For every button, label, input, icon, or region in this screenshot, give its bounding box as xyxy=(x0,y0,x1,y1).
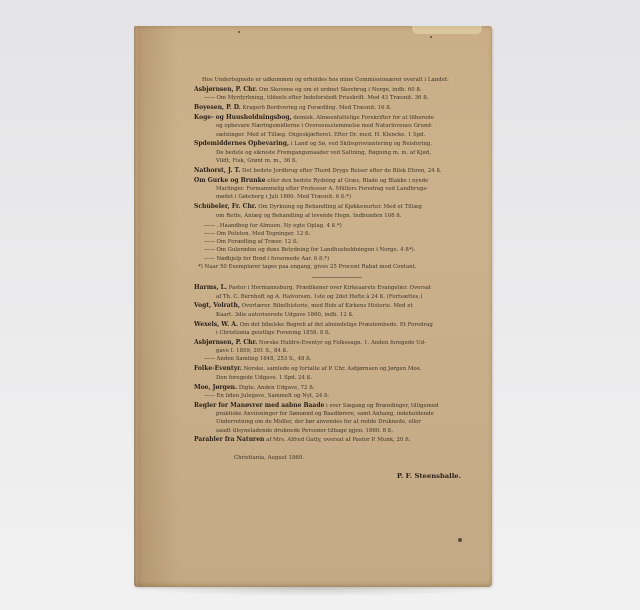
entry-line: Wexels, W. A. Om det bibelske Begreb af … xyxy=(194,321,479,329)
catalog-entry: Moe, Jørgen. Digte. Anden Udgave, 72 ß.—… xyxy=(194,384,479,401)
entry-line: saadt tilsyneladende druknede Personer t… xyxy=(194,427,479,435)
entry-line: af Th. C. Bernhoft og A. Halvorsen. 1ste… xyxy=(194,293,479,301)
entry-line: Harms, L. Pastor i Hermannsburg. Prædike… xyxy=(194,284,479,292)
entry-line: —— Om Gulerøden og dens Betydning for La… xyxy=(194,246,479,254)
entry-text: De bedste og sikreste Fremgangsmaader ve… xyxy=(216,150,431,156)
signature: P. F. Steensballe. xyxy=(194,472,479,480)
entry-line: Kaart. 3die autoriserede Udgave 1860, in… xyxy=(194,311,479,319)
paper-speck xyxy=(430,36,432,38)
entry-text: Norske Huldre-Eventyr og Folkesagn. 1. A… xyxy=(257,340,426,346)
intro-line: Hos Undertegnede er udkommen og erholdes… xyxy=(194,76,479,84)
entry-text: mødet i Gøteborg i Juli 1860. Med Træsni… xyxy=(216,194,351,200)
catalog-entry: Asbjørnsen, P. Chr. Om Skovene og om et … xyxy=(194,86,479,103)
entry-line: Den foregede Udgave. 1 Spd. 24 ß. xyxy=(194,374,479,382)
entry-text: Om Poteten. Med Tegninger. 12 ß. xyxy=(217,231,311,237)
entry-line: Parabler fra Naturen af Mrs. Alfred Gatt… xyxy=(194,436,479,444)
entry-line: —— En liden Julegave, Sammelt og Nyt, 24… xyxy=(194,392,479,400)
catalog-section-1: Asbjørnsen, P. Chr. Om Skovene og om et … xyxy=(194,86,479,263)
entry-line: om Rette, Anlæg og Behandling af levende… xyxy=(194,212,479,220)
entry-line: Underretning om de Midler, der bør anven… xyxy=(194,418,479,426)
entry-text: af Th. C. Bernhoft og A. Halvorsen. 1ste… xyxy=(216,294,422,300)
entry-author: Om Gurke og Brunke xyxy=(194,177,266,184)
entry-line: Vogt, Volrath, Overlærer. Bibelhistorie,… xyxy=(194,302,479,310)
entry-line: De bedste og sikreste Fremgangsmaader ve… xyxy=(194,149,479,157)
catalog-entry: Harms, L. Pastor i Hermannsburg. Prædike… xyxy=(194,284,479,301)
entry-line: —— . Haandbog for Almuen. Ny egte Oplag.… xyxy=(194,222,479,230)
entry-text: Den foregede Udgave. 1 Spd. 24 ß. xyxy=(216,375,312,381)
entry-line: Asbjørnsen, P. Chr. Om Skovene og om et … xyxy=(194,86,479,94)
entry-author: Boyesen, P. D. xyxy=(194,104,241,111)
entry-text: sætninger. Med et Tillæg. Oxgeskjæfteret… xyxy=(216,132,425,138)
entry-line: Om Gurke og Brunke eller den bedste Rydn… xyxy=(194,177,479,185)
entry-text: eller den bedste Rydning af Græs, Blade … xyxy=(266,178,429,184)
entry-author: Asbjørnsen, P. Chr. xyxy=(194,86,257,93)
entry-text: demisk. Almeenfattelige Forskrifter for … xyxy=(292,115,434,121)
entry-text: i Christiania geistlige Forening 1858. 8… xyxy=(216,330,330,336)
entry-line: gave I. 1859, 291 S., 84 ß. xyxy=(194,347,479,355)
entry-text: Marlinger. Formammelig efter Professor A… xyxy=(216,186,428,192)
entry-author: Folke-Eventyr. xyxy=(194,365,242,372)
catalog-entry: Boyesen, P. D. Kragerö Bordvering og For… xyxy=(194,104,479,112)
entry-author: Asbjørnsen, P. Chr. xyxy=(194,339,257,346)
entry-text: Kragerö Bordvering og Forædling. Med Træ… xyxy=(241,105,392,111)
section-divider xyxy=(312,277,362,278)
paper-speck xyxy=(238,31,240,33)
entry-text: af Mrs. Alfred Gatty, oversat af Pastor … xyxy=(264,437,410,443)
entry-line: Asbjørnsen, P. Chr. Norske Huldre-Eventy… xyxy=(194,339,479,347)
entry-line: Nathorst, J. T. Det bedste Jordbrug efte… xyxy=(194,167,479,175)
paper-stain xyxy=(458,538,462,542)
entry-text: Underretning om de Midler, der bør anven… xyxy=(216,419,421,425)
entry-text: Om Dyrkning og Behandling af Kjøkkenurte… xyxy=(257,204,422,210)
entry-author: Parabler fra Naturen xyxy=(194,436,264,443)
entry-text: om Rette, Anlæg og Behandling af levende… xyxy=(216,213,402,219)
entry-line: Koge- og Huusholdningsbog, demisk. Almee… xyxy=(194,114,479,122)
entry-line: og opbevare Næringsmidlerne i Overeensst… xyxy=(194,122,479,130)
entry-line: mødet i Gøteborg i Juli 1860. Med Træsni… xyxy=(194,193,479,201)
ditto-dash: —— xyxy=(204,223,217,229)
entry-line: Schübeler, Fr. Chr. Om Dyrkning og Behan… xyxy=(194,203,479,211)
ditto-dash: —— xyxy=(204,247,217,253)
ditto-dash: —— xyxy=(204,356,217,362)
entry-text: Digte. Anden Udgave, 72 ß. xyxy=(237,385,314,391)
catalog-entry: Folke-Eventyr. Norske, samlede og fortal… xyxy=(194,365,479,382)
catalog-entry: Vogt, Volrath, Overlærer. Bibelhistorie,… xyxy=(194,302,479,319)
catalog-entry: Asbjørnsen, P. Chr. Norske Huldre-Eventy… xyxy=(194,339,479,364)
catalog-section-2: Harms, L. Pastor i Hermannsburg. Prædike… xyxy=(194,284,479,445)
entry-text: Nødhjelp for Brød i forarmede Aar. 6 ß.*… xyxy=(217,256,330,262)
ditto-dash: —— xyxy=(204,256,217,262)
entry-author: Nathorst, J. T. xyxy=(194,167,240,174)
entry-author: Vogt, Volrath, xyxy=(194,302,240,309)
catalog-entry: Parabler fra Naturen af Mrs. Alfred Gatt… xyxy=(194,436,479,444)
entry-text: Om Forædling af Træer. 12 ß. xyxy=(217,239,299,245)
entry-text: En liden Julegave, Sammelt og Nyt, 24 ß. xyxy=(217,393,330,399)
entry-line: sætninger. Med et Tillæg. Oxgeskjæfteret… xyxy=(194,131,479,139)
entry-line: —— Nødhjelp for Brød i forarmede Aar. 6 … xyxy=(194,255,479,263)
entry-text: Om Gulerøden og dens Betydning for Landh… xyxy=(217,247,416,253)
entry-text: Anden Samling 1848, 253 S., 48 ß. xyxy=(217,356,312,362)
catalog-entry: —— . Haandbog for Almuen. Ny egte Oplag.… xyxy=(194,222,479,263)
catalog-entry: Schübeler, Fr. Chr. Om Dyrkning og Behan… xyxy=(194,203,479,220)
entry-text: Om det bibelske Begreb af det almindelig… xyxy=(238,322,433,328)
entry-author: Regler for Manøvrer med aabne Baade xyxy=(194,402,324,409)
entry-author: Koge- og Huusholdningsbog, xyxy=(194,114,292,121)
entry-text: gave I. 1859, 291 S., 84 ß. xyxy=(216,348,288,354)
catalog-entry: Wexels, W. A. Om det bibelske Begreb af … xyxy=(194,321,479,338)
catalog-entry: Spdemiddernes Opbevaring, i Land og Sø, … xyxy=(194,140,479,165)
document-page: Hos Undertegnede er udkommen og erholdes… xyxy=(134,26,492,587)
entry-text: i sver Sægang og Brændinger, tilligemed xyxy=(324,403,438,409)
entry-text: saadt tilsyneladende druknede Personer t… xyxy=(216,428,393,434)
entry-text: Overlærer. Bibelhistorie, med Bids af Ki… xyxy=(240,303,413,309)
entry-text: Om Skovene og om et ordnet Skovbrug i No… xyxy=(257,87,422,93)
catalog-entry: Nathorst, J. T. Det bedste Jordbrug efte… xyxy=(194,167,479,175)
entry-author: Wexels, W. A. xyxy=(194,321,238,328)
entry-line: Boyesen, P. D. Kragerö Bordvering og For… xyxy=(194,104,479,112)
ditto-dash: —— xyxy=(204,393,217,399)
entry-text: Vildt, Fisk, Grønt m. m., 36 ß. xyxy=(216,158,297,164)
document-text: Hos Undertegnede er udkommen og erholdes… xyxy=(194,76,479,480)
entry-line: Moe, Jørgen. Digte. Anden Udgave, 72 ß. xyxy=(194,384,479,392)
entry-text: Kaart. 3die autoriserede Udgave 1860, in… xyxy=(216,312,354,318)
entry-author: Moe, Jørgen. xyxy=(194,384,237,391)
entry-line: Folke-Eventyr. Norske, samlede og fortal… xyxy=(194,365,479,373)
catalog-entry: Om Gurke og Brunke eller den bedste Rydn… xyxy=(194,177,479,202)
entry-line: Spdemiddernes Opbevaring, i Land og Sø, … xyxy=(194,140,479,148)
entry-line: Regler for Manøvrer med aabne Baade i sv… xyxy=(194,402,479,410)
ditto-dash: —— xyxy=(204,95,217,101)
entry-line: Vildt, Fisk, Grønt m. m., 36 ß. xyxy=(194,157,479,165)
ditto-dash: —— xyxy=(204,231,217,237)
footnote: *) Naar 50 Exemplarer tages paa engang, … xyxy=(194,263,479,271)
entry-text: i Land og Sø, ved Skibsproviantering og … xyxy=(289,141,432,147)
catalog-entry: Regler for Manøvrer med aabne Baade i sv… xyxy=(194,402,479,435)
entry-text: Det bedste Jordbrug efter Thord Drygs Re… xyxy=(240,168,441,174)
entry-line: —— Om Poteten. Med Tegninger. 12 ß. xyxy=(194,230,479,238)
entry-line: —— Om Forædling af Træer. 12 ß. xyxy=(194,238,479,246)
entry-text: og opbevare Næringsmidlerne i Overeensst… xyxy=(216,123,433,129)
entry-line: praktiske Anviisninger for Sømænd og Baa… xyxy=(194,410,479,418)
entry-text: Om Myrdyrkning, tildeels efter Indeforst… xyxy=(217,95,429,101)
ditto-dash: —— xyxy=(204,239,217,245)
entry-author: Schübeler, Fr. Chr. xyxy=(194,203,257,210)
place-date: Christiania, August 1860. xyxy=(194,454,479,462)
entry-line: i Christiania geistlige Forening 1858. 8… xyxy=(194,329,479,337)
entry-text: praktiske Anviisninger for Sømænd og Baa… xyxy=(216,411,434,417)
entry-line: —— Om Myrdyrkning, tildeels efter Indefo… xyxy=(194,94,479,102)
entry-text: Pastor i Hermannsburg. Prædikener over K… xyxy=(227,285,431,291)
catalog-entry: Koge- og Huusholdningsbog, demisk. Almee… xyxy=(194,114,479,139)
entry-line: —— Anden Samling 1848, 253 S., 48 ß. xyxy=(194,355,479,363)
entry-text: Norske, samlede og fortalte af P. Chr. A… xyxy=(242,366,422,372)
entry-author: Spdemiddernes Opbevaring, xyxy=(194,140,289,147)
entry-author: Harms, L. xyxy=(194,284,227,291)
entry-text: . Haandbog for Almuen. Ny egte Oplag. 4 … xyxy=(217,223,342,229)
entry-line: Marlinger. Formammelig efter Professor A… xyxy=(194,185,479,193)
